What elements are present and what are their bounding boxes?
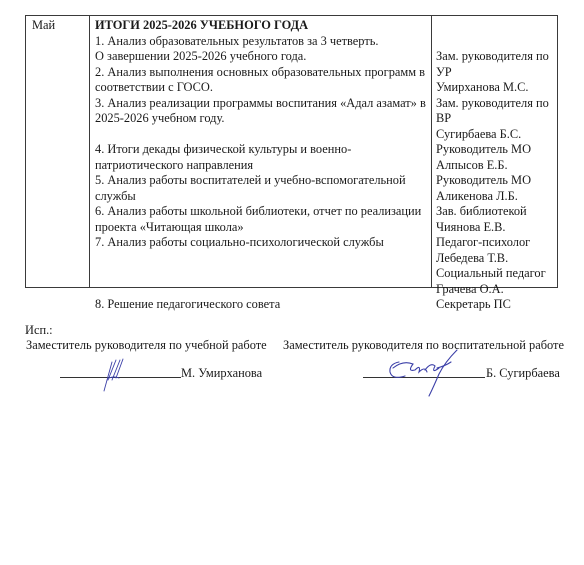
responsible-line: Социальный педагог: [436, 266, 549, 282]
agenda-line: [95, 266, 426, 282]
responsible-line: Алпысов Е.Б.: [436, 158, 549, 174]
agenda-line: 2. Анализ выполнения основных образовате…: [95, 65, 426, 81]
plan-table: Май ИТОГИ 2025-2026 УЧЕБНОГО ГОДА 1. Ана…: [25, 15, 558, 288]
agenda-line: 4. Итоги декады физической культуры и во…: [95, 142, 426, 158]
responsible-line: Грачева О.А.: [436, 282, 549, 298]
content-cell: ИТОГИ 2025-2026 УЧЕБНОГО ГОДА 1. Анализ …: [95, 18, 426, 313]
executors-label: Исп.:: [25, 323, 53, 338]
responsible-line: Сугирбаева Б.С.: [436, 127, 549, 143]
agenda-line: [95, 282, 426, 298]
responsible-line: ВР: [436, 111, 549, 127]
responsible-line: Руководитель МО: [436, 142, 549, 158]
responsible-line: Чиянова Е.В.: [436, 220, 549, 236]
responsible-line: Руководитель МО: [436, 173, 549, 189]
left-signature: [98, 358, 128, 392]
agenda-line: 6. Анализ работы школьной библиотеки, от…: [95, 204, 426, 220]
responsible-line: Лебедева Т.В.: [436, 251, 549, 267]
agenda-line: 3. Анализ реализации программы воспитани…: [95, 96, 426, 112]
responsible-line: [436, 34, 549, 50]
responsible-line: УР: [436, 65, 549, 81]
agenda-line: 7. Анализ работы социально-психологическ…: [95, 235, 426, 251]
agenda-line: проекта «Читающая школа»: [95, 220, 426, 236]
responsible-line: Аликенова Л.Б.: [436, 189, 549, 205]
responsible-line: Умирханова М.С.: [436, 80, 549, 96]
responsible-line: Педагог-психолог: [436, 235, 549, 251]
responsible-cell: Зам. руководителя поУРУмирханова М.С.Зам…: [436, 18, 549, 313]
agenda-line: патриотического направления: [95, 158, 426, 174]
right-signer-name: Б. Сугирбаева: [486, 366, 560, 381]
responsible-line: Зав. библиотекой: [436, 204, 549, 220]
agenda-line: 8. Решение педагогического совета: [95, 297, 426, 313]
agenda-line: соответствии с ГОСО.: [95, 80, 426, 96]
responsible-line: Зам. руководителя по: [436, 96, 549, 112]
left-signer-name: М. Умирханова: [181, 366, 262, 381]
agenda-line: 5. Анализ работы воспитателей и учебно-в…: [95, 173, 426, 189]
responsible-line: Секретарь ПС: [436, 297, 549, 313]
agenda-line: О завершении 2025-2026 учебного года.: [95, 49, 426, 65]
right-signature: [385, 348, 460, 398]
responsible-line: [436, 18, 549, 34]
section-title: ИТОГИ 2025-2026 УЧЕБНОГО ГОДА: [95, 18, 426, 34]
agenda-line: 2025-2026 учебном году.: [95, 111, 426, 127]
month-label: Май: [32, 18, 55, 34]
column-divider: [431, 16, 432, 287]
month-cell: Май: [32, 18, 55, 34]
responsible-line: Зам. руководителя по: [436, 49, 549, 65]
left-signer-title: Заместитель руководителя по учебной рабо…: [26, 338, 267, 353]
agenda-line: [95, 251, 426, 267]
column-divider: [89, 16, 90, 287]
agenda-line: службы: [95, 189, 426, 205]
agenda-line: 1. Анализ образовательных результатов за…: [95, 34, 426, 50]
agenda-line: [95, 127, 426, 143]
